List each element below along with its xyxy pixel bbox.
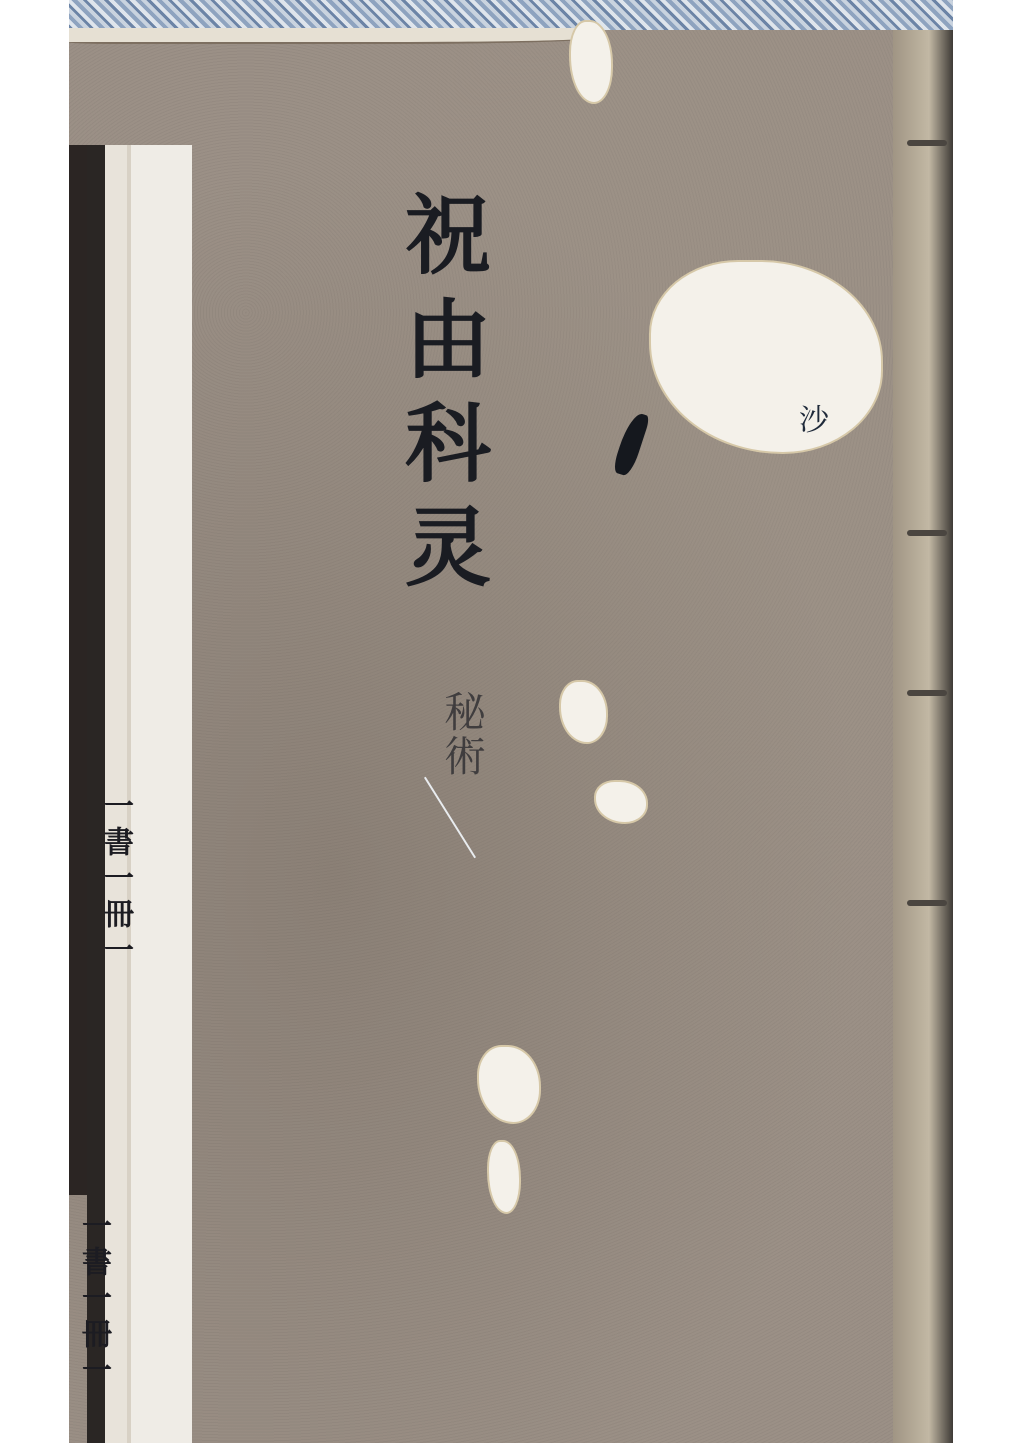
book-title: 祝由科灵 xyxy=(397,190,483,606)
book-cover-photo: 一書一冊一 一書一冊一 沙 祝由科灵 秘術 xyxy=(69,0,953,1443)
binding-stitch xyxy=(907,140,947,146)
binding-stitch xyxy=(907,690,947,696)
spine-text-repeat: 一書一冊一 xyxy=(71,1210,115,1390)
cover-top-edge xyxy=(69,28,599,44)
cover-paper xyxy=(69,30,953,1443)
binding-edge xyxy=(893,30,953,1443)
book-subtitle: 秘術 xyxy=(441,690,483,778)
torn-page-ink: 沙 xyxy=(799,395,829,439)
spine-shadow xyxy=(69,145,89,1195)
binding-stitch xyxy=(907,900,947,906)
spine-text: 一書一冊一 xyxy=(93,790,137,970)
binding-stitch xyxy=(907,530,947,536)
